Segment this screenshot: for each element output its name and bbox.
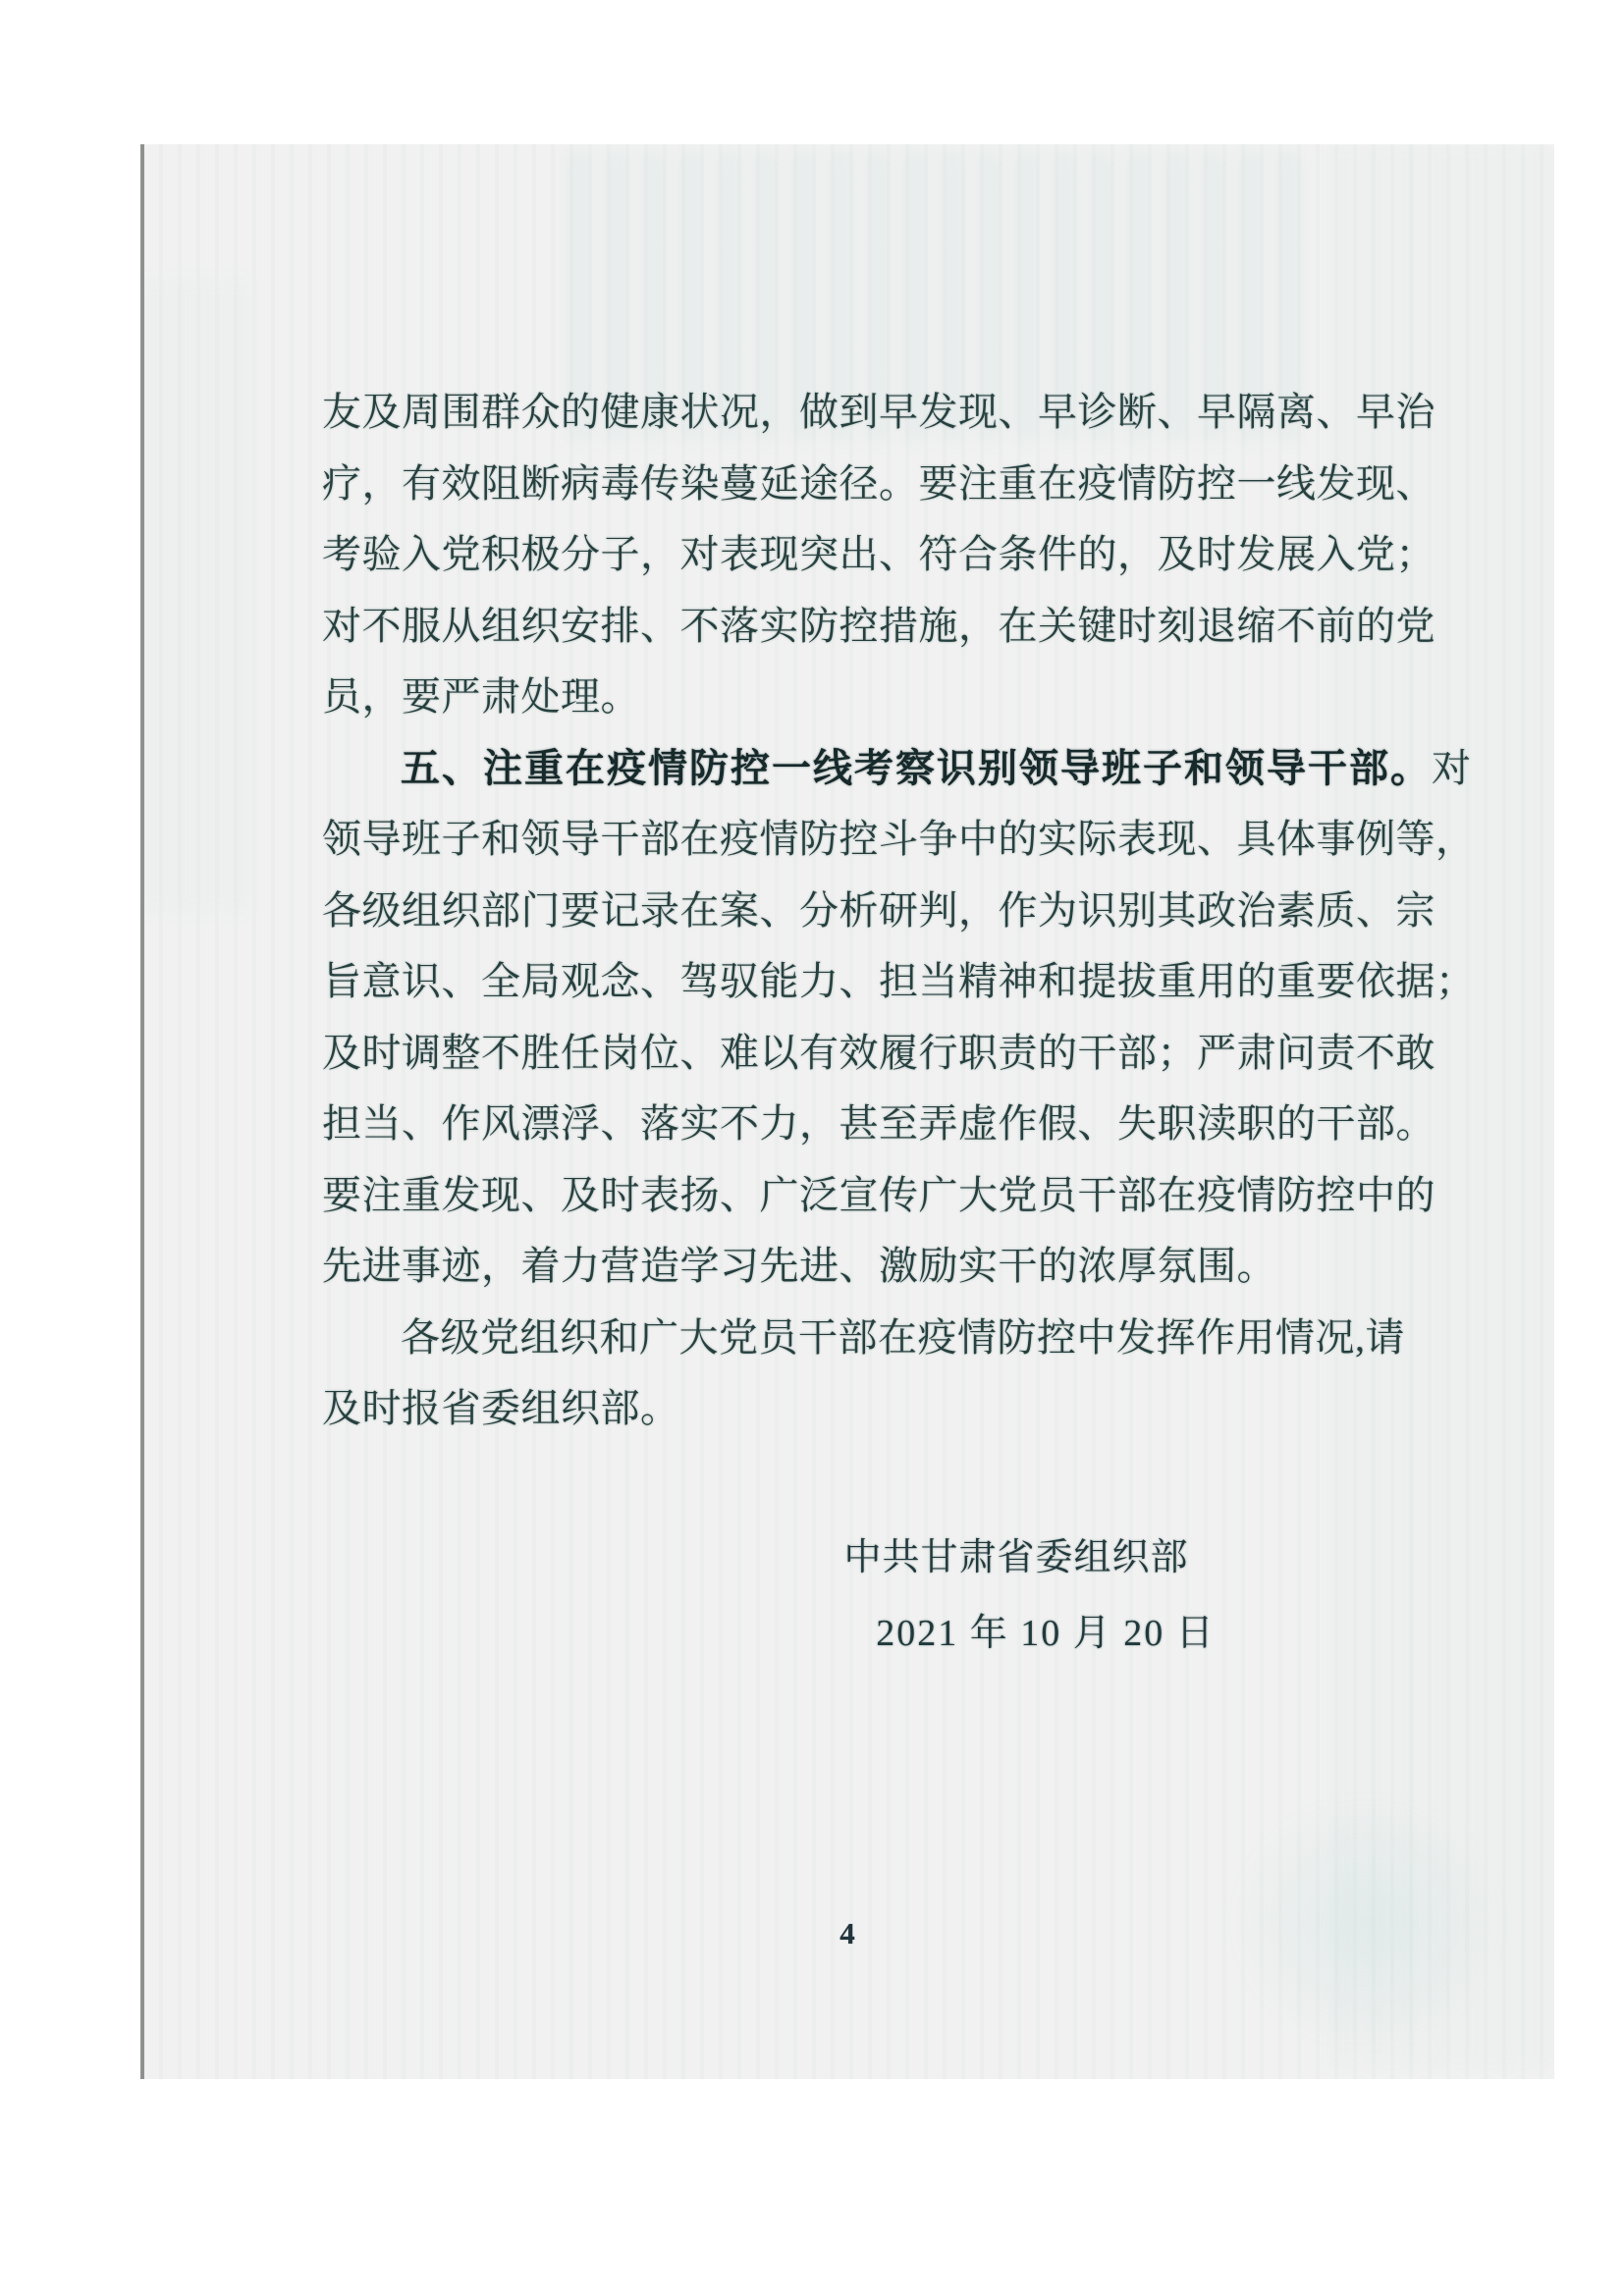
page-left-edge-line xyxy=(140,144,144,2079)
text-line: 旨意识、全局观念、驾驭能力、担当精神和提拔重用的重要依据； xyxy=(322,946,1451,1018)
text-line: 员，要严肃处理。 xyxy=(322,662,1451,733)
signature-date: 2021 年 10 月 20 日 xyxy=(869,1602,1222,1656)
signature-organization: 中共甘肃省委组织部 xyxy=(839,1526,1193,1580)
section-heading-line: 五、注重在疫情防控一线考察识别领导班子和领导干部。对 xyxy=(322,733,1451,805)
section-five-heading: 五、注重在疫情防控一线考察识别领导班子和领导干部。 xyxy=(401,746,1432,790)
text-line: 领导班子和领导干部在疫情防控斗争中的实际表现、具体事例等， xyxy=(322,804,1451,876)
page-number: 4 xyxy=(140,1916,1554,1951)
text-line: 要注重发现、及时表扬、广泛宣传广大党员干部在疫情防控中的 xyxy=(322,1160,1451,1232)
document-body: 友及周围群众的健康状况，做到早发现、早诊断、早隔离、早治 疗，有效阻断病毒传染蔓… xyxy=(322,377,1451,1445)
text-line: 考验入党积极分子，对表现突出、符合条件的，及时发展入党； xyxy=(322,519,1451,591)
text-line: 友及周围群众的健康状况，做到早发现、早诊断、早隔离、早治 xyxy=(322,377,1451,449)
bleedthrough-smudge-left xyxy=(150,282,258,910)
heading-tail-text: 对 xyxy=(1432,746,1472,790)
text-line: 担当、作风漂浮、落实不力，甚至弄虚作假、失职渎职的干部。 xyxy=(322,1089,1451,1160)
text-line: 及时调整不胜任岗位、难以有效履行职责的干部；严肃问责不敢 xyxy=(322,1018,1451,1090)
text-line: 疗，有效阻断病毒传染蔓延途径。要注重在疫情防控一线发现、 xyxy=(322,449,1451,520)
document-page: 友及周围群众的健康状况，做到早发现、早诊断、早隔离、早治 疗，有效阻断病毒传染蔓… xyxy=(140,144,1554,2079)
text-line: 先进事迹，着力营造学习先进、激励实干的浓厚氛围。 xyxy=(322,1231,1451,1303)
text-line: 各级党组织和广大党员干部在疫情防控中发挥作用情况,请 xyxy=(322,1303,1451,1374)
scanned-document-canvas: 友及周围群众的健康状况，做到早发现、早诊断、早隔离、早治 疗，有效阻断病毒传染蔓… xyxy=(0,0,1624,2296)
text-line: 及时报省委组织部。 xyxy=(322,1373,1451,1445)
text-line: 各级组织部门要记录在案、分析研判，作为识别其政治素质、宗 xyxy=(322,876,1451,947)
text-line: 对不服从组织安排、不落实防控措施，在关键时刻退缩不前的党 xyxy=(322,591,1451,663)
